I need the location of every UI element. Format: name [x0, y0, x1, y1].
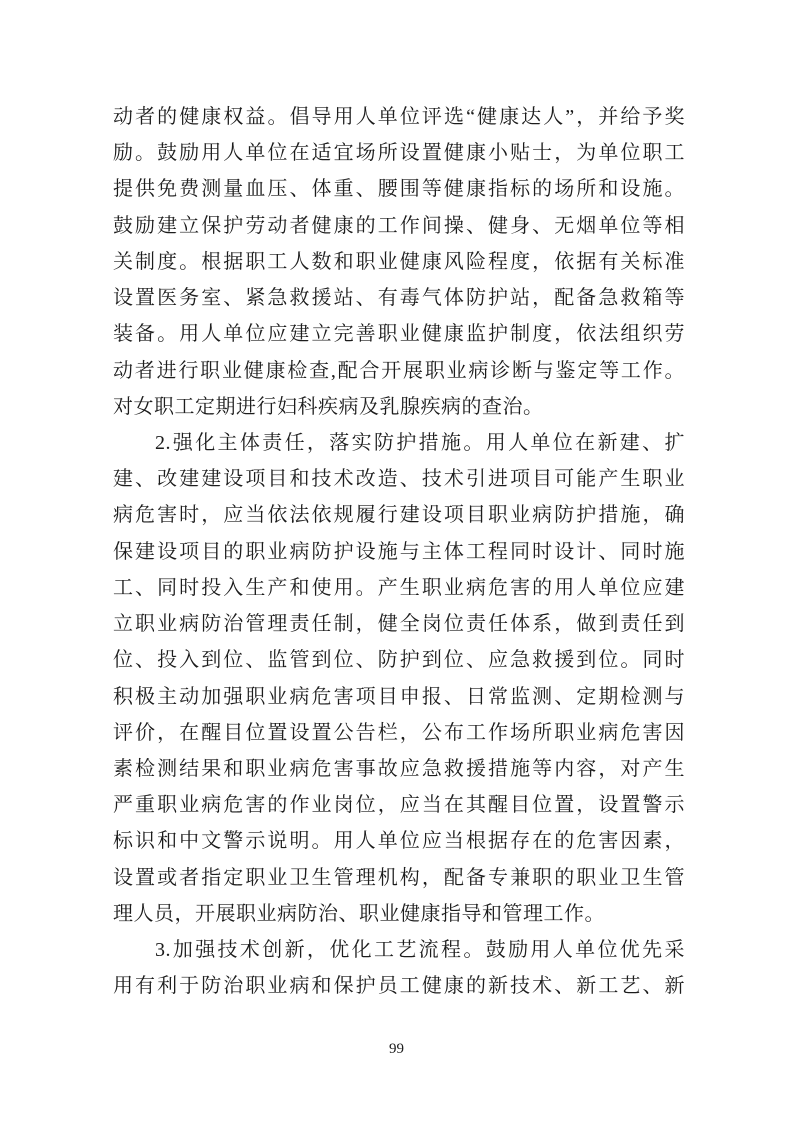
text-line: 评价，在醒目位置设置公告栏，公布工作场所职业病危害因 — [113, 715, 685, 751]
text-line: 工、同时投入生产和使用。产生职业病危害的用人单位应建 — [113, 570, 685, 606]
text-line: 励。鼓励用人单位在适宜场所设置健康小贴士，为单位职工 — [113, 135, 685, 171]
text-line: 3.加强技术创新，优化工艺流程。鼓励用人单位优先采 — [113, 932, 685, 968]
text-line: 病危害时，应当依法依规履行建设项目职业病防护措施，确 — [113, 497, 685, 533]
text-line: 立职业病防治管理责任制，健全岗位责任体系，做到责任到 — [113, 606, 685, 642]
text-line: 设置医务室、紧急救援站、有毒气体防护站，配备急救箱等 — [113, 280, 685, 316]
text-line: 动者进行职业健康检查,配合开展职业病诊断与鉴定等工作。 — [113, 353, 685, 389]
document-body: 动者的健康权益。倡导用人单位评选“健康达人”，并给予奖励。鼓励用人单位在适宜场所… — [113, 99, 685, 1004]
text-line: 标识和中文警示说明。用人单位应当根据存在的危害因素， — [113, 823, 685, 859]
text-line: 鼓励建立保护劳动者健康的工作间操、健身、无烟单位等相 — [113, 208, 685, 244]
text-line: 提供免费测量血压、体重、腰围等健康指标的场所和设施。 — [113, 171, 685, 207]
text-line: 保建设项目的职业病防护设施与主体工程同时设计、同时施 — [113, 534, 685, 570]
text-line: 位、投入到位、监管到位、防护到位、应急救援到位。同时 — [113, 642, 685, 678]
text-line: 关制度。根据职工人数和职业健康风险程度，依据有关标准 — [113, 244, 685, 280]
text-line: 素检测结果和职业病危害事故应急救援措施等内容，对产生 — [113, 751, 685, 787]
text-line: 建、改建建设项目和技术改造、技术引进项目可能产生职业 — [113, 461, 685, 497]
text-line: 积极主动加强职业病危害项目申报、日常监测、定期检测与 — [113, 679, 685, 715]
document-page: 动者的健康权益。倡导用人单位评选“健康达人”，并给予奖励。鼓励用人单位在适宜场所… — [0, 0, 793, 1122]
text-line: 2.强化主体责任，落实防护措施。用人单位在新建、扩 — [113, 425, 685, 461]
text-line: 装备。用人单位应建立完善职业健康监护制度，依法组织劳 — [113, 316, 685, 352]
text-line: 动者的健康权益。倡导用人单位评选“健康达人”，并给予奖 — [113, 99, 685, 135]
text-line: 严重职业病危害的作业岗位，应当在其醒目位置，设置警示 — [113, 787, 685, 823]
page-number: 99 — [0, 1038, 793, 1060]
text-line: 设置或者指定职业卫生管理机构，配备专兼职的职业卫生管 — [113, 860, 685, 896]
text-line: 用有利于防治职业病和保护员工健康的新技术、新工艺、新 — [113, 968, 685, 1004]
text-line: 对女职工定期进行妇科疾病及乳腺疾病的查治。 — [113, 389, 685, 425]
text-line: 理人员，开展职业病防治、职业健康指导和管理工作。 — [113, 896, 685, 932]
